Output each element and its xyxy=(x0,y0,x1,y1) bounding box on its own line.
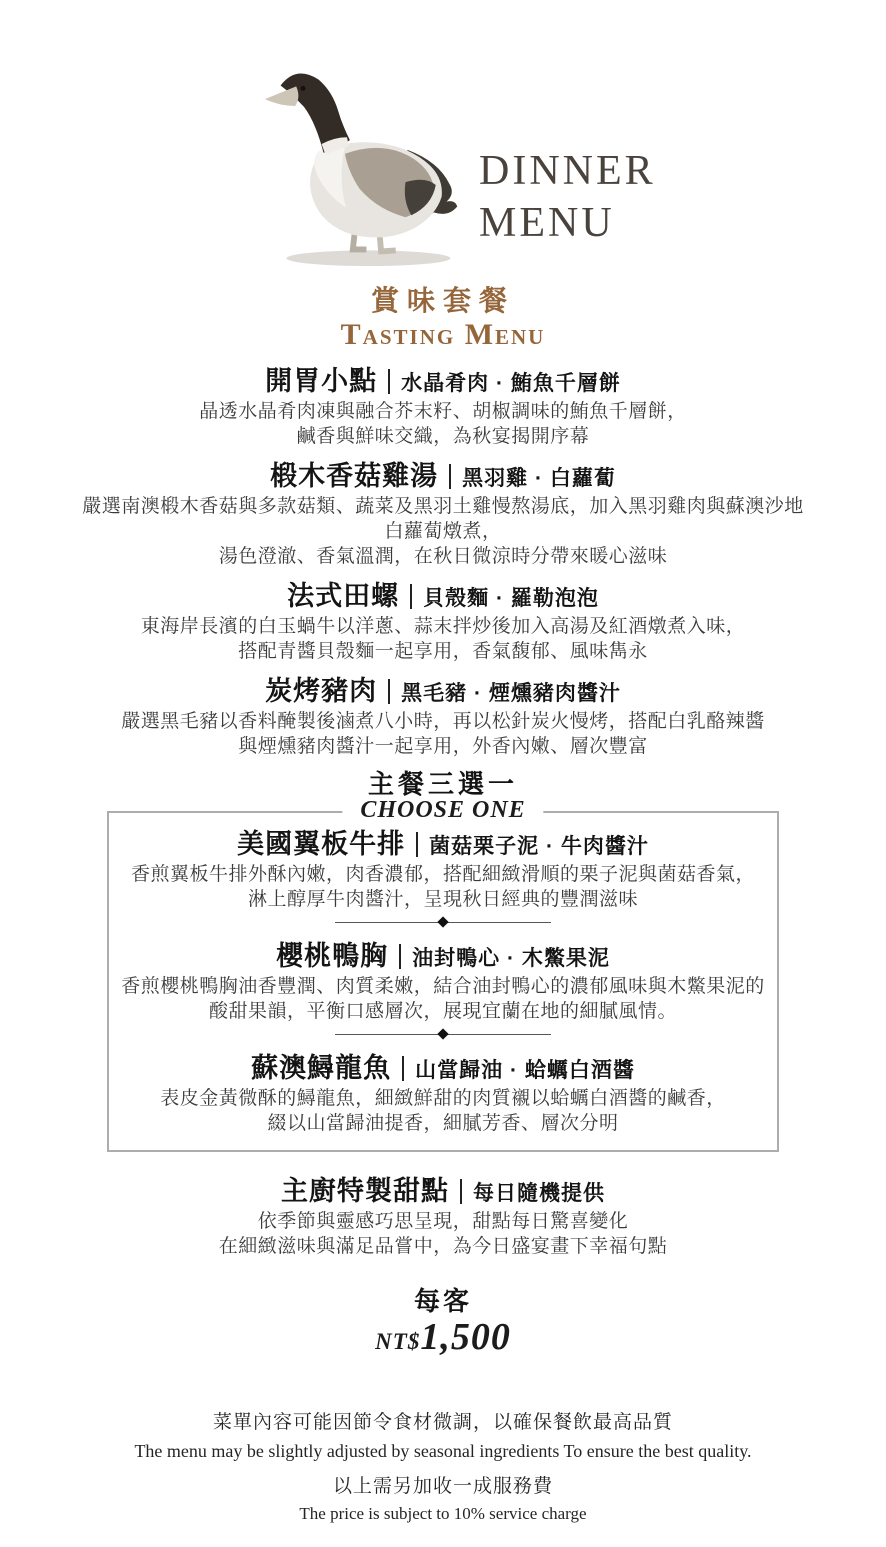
course-description-line: 東海岸長濱的白玉蝸牛以洋蔥、蒜末拌炒後加入高湯及紅酒燉煮入味， xyxy=(0,614,886,639)
divider-bar xyxy=(460,1179,462,1204)
course-section-escargot: 法式田螺貝殼麵 · 羅勒泡泡 東海岸長濱的白玉蝸牛以洋蔥、蒜末拌炒後加入高湯及紅… xyxy=(0,581,886,664)
course-name: 蘇澳鱘龍魚 xyxy=(251,1053,391,1083)
main-course-fish: 蘇澳鱘龍魚山當歸油 · 蛤蠣白酒醬 表皮金黃微酥的鱘龍魚，細緻鮮甜的肉質襯以蛤蠣… xyxy=(119,1053,767,1136)
course-title: 櫻桃鴨胸油封鴨心 · 木鱉果泥 xyxy=(119,941,767,974)
divider-bar xyxy=(402,1056,404,1081)
price-value: NT$1,500 xyxy=(0,1317,886,1365)
tasting-menu-heading-en: Tasting Menu xyxy=(0,318,886,352)
course-description-line: 香煎櫻桃鴨胸油香豐潤、肉質柔嫩，結合油封鴨心的濃郁風味與木鱉果泥的 xyxy=(119,974,767,999)
footer-notes: 菜單內容可能因節令食材微調，以確保餐飲最高品質 The menu may be … xyxy=(0,1409,886,1527)
course-name: 櫻桃鴨胸 xyxy=(276,941,388,971)
price-label: 每客 xyxy=(0,1285,886,1317)
course-pairing: 每日隨機提供 xyxy=(473,1182,605,1205)
footer-gap xyxy=(0,1465,886,1473)
course-description-line: 晶透水晶肴肉凍與融合芥末籽、胡椒調味的鮪魚千層餅， xyxy=(0,399,886,424)
dinner-menu-page: DINNER MENU 賞味套餐 Tasting Menu 開胃小點水晶肴肉 ·… xyxy=(0,0,886,1547)
choose-one-label: CHOOSE ONE xyxy=(342,797,543,824)
course-title: 椴木香菇雞湯黑羽雞 · 白蘿蔔 xyxy=(0,461,886,494)
course-pairing: 貝殼麵 · 羅勒泡泡 xyxy=(423,587,599,610)
course-divider xyxy=(335,922,551,931)
course-description-line: 白蘿蔔燉煮， xyxy=(0,519,886,544)
diamond-icon xyxy=(437,916,448,927)
course-description-line: 香煎翼板牛排外酥內嫩，肉香濃郁，搭配細緻滑順的栗子泥與菌菇香氣， xyxy=(119,862,767,887)
course-description-line: 與煙燻豬肉醬汁一起享用，外香內嫩、層次豐富 xyxy=(0,734,886,759)
course-description-line: 表皮金黃微酥的鱘龍魚，細緻鮮甜的肉質襯以蛤蠣白酒醬的鹹香， xyxy=(119,1086,767,1111)
course-pairing: 黑毛豬 · 煙燻豬肉醬汁 xyxy=(401,682,621,705)
dinner-menu-title-line2: MENU xyxy=(479,198,656,250)
course-title: 美國翼板牛排菌菇栗子泥 · 牛肉醬汁 xyxy=(119,829,767,862)
menu-content: 賞味套餐 Tasting Menu 開胃小點水晶肴肉 · 鮪魚千層餅 晶透水晶肴… xyxy=(0,286,886,1527)
duck-illustration xyxy=(263,58,468,273)
course-description-line: 淋上醇厚牛肉醬汁，呈現秋日經典的豐潤滋味 xyxy=(119,887,767,912)
course-title: 蘇澳鱘龍魚山當歸油 · 蛤蠣白酒醬 xyxy=(119,1053,767,1086)
main-course-steak: 美國翼板牛排菌菇栗子泥 · 牛肉醬汁 香煎翼板牛排外酥內嫩，肉香濃郁，搭配細緻滑… xyxy=(119,829,767,912)
main-course-duck: 櫻桃鴨胸油封鴨心 · 木鱉果泥 香煎櫻桃鴨胸油香豐潤、肉質柔嫩，結合油封鴨心的濃… xyxy=(119,941,767,1024)
course-pairing: 菌菇栗子泥 · 牛肉醬汁 xyxy=(429,835,649,858)
course-description-line: 依季節與靈感巧思呈現，甜點每日驚喜變化 xyxy=(0,1209,886,1234)
mains-title-zh: 主餐三選一 xyxy=(0,769,886,799)
course-title: 開胃小點水晶肴肉 · 鮪魚千層餅 xyxy=(0,366,886,399)
divider-bar xyxy=(388,679,390,704)
price-block: 每客 NT$1,500 xyxy=(0,1285,886,1365)
dinner-menu-title: DINNER MENU xyxy=(479,146,656,249)
course-section-soup: 椴木香菇雞湯黑羽雞 · 白蘿蔔 嚴選南澳椴木香菇與多款菇類、蔬菜及黑羽土雞慢熬湯… xyxy=(0,461,886,569)
course-name: 椴木香菇雞湯 xyxy=(270,461,438,491)
course-name: 主廚特製甜點 xyxy=(281,1176,449,1206)
course-description-line: 搭配青醬貝殼麵一起享用，香氣馥郁、風味雋永 xyxy=(0,639,886,664)
divider-bar xyxy=(449,464,451,489)
course-pairing: 黑羽雞 · 白蘿蔔 xyxy=(462,467,616,490)
course-name: 開胃小點 xyxy=(265,366,377,396)
course-description-line: 鹹香與鮮味交織，為秋宴揭開序幕 xyxy=(0,424,886,449)
course-pairing: 水晶肴肉 · 鮪魚千層餅 xyxy=(401,372,621,395)
course-description-line: 綴以山當歸油提香，細膩芳香、層次分明 xyxy=(119,1111,767,1136)
tasting-menu-heading: 賞味套餐 Tasting Menu xyxy=(0,286,886,352)
mains-chooser-box: CHOOSE ONE 美國翼板牛排菌菇栗子泥 · 牛肉醬汁 香煎翼板牛排外酥內嫩… xyxy=(107,811,779,1152)
footer-note1-en: The menu may be slightly adjusted by sea… xyxy=(0,1437,886,1465)
course-pairing: 油封鴨心 · 木鱉果泥 xyxy=(412,947,610,970)
course-section-pork: 炭烤豬肉黑毛豬 · 煙燻豬肉醬汁 嚴選黑毛豬以香料醃製後滷煮八小時，再以松針炭火… xyxy=(0,676,886,759)
course-description-line: 在細緻滋味與滿足品嘗中，為今日盛宴畫下幸福句點 xyxy=(0,1234,886,1259)
course-title: 法式田螺貝殼麵 · 羅勒泡泡 xyxy=(0,581,886,614)
course-description-line: 嚴選南澳椴木香菇與多款菇類、蔬菜及黑羽土雞慢熬湯底，加入黑羽雞肉與蘇澳沙地 xyxy=(0,494,886,519)
dessert-section: 主廚特製甜點每日隨機提供 依季節與靈感巧思呈現，甜點每日驚喜變化 在細緻滋味與滿… xyxy=(0,1176,886,1259)
diamond-icon xyxy=(437,1028,448,1039)
footer-note2-en: The price is subject to 10% service char… xyxy=(0,1501,886,1527)
course-section-appetizer: 開胃小點水晶肴肉 · 鮪魚千層餅 晶透水晶肴肉凍與融合芥末籽、胡椒調味的鮪魚千層… xyxy=(0,366,886,449)
divider-bar xyxy=(388,369,390,394)
course-name: 美國翼板牛排 xyxy=(237,829,405,859)
divider-bar xyxy=(416,832,418,857)
footer-note1-zh: 菜單內容可能因節令食材微調，以確保餐飲最高品質 xyxy=(0,1409,886,1437)
course-name: 法式田螺 xyxy=(287,581,399,611)
price-currency: NT$ xyxy=(375,1329,420,1354)
footer-note2-zh: 以上需另加收一成服務費 xyxy=(0,1473,886,1501)
course-pairing: 山當歸油 · 蛤蠣白酒醬 xyxy=(415,1059,635,1082)
price-amount: 1,500 xyxy=(420,1316,511,1358)
course-name: 炭烤豬肉 xyxy=(265,676,377,706)
dinner-menu-title-line1: DINNER xyxy=(479,146,656,198)
tasting-menu-heading-zh: 賞味套餐 xyxy=(0,286,886,316)
course-title: 主廚特製甜點每日隨機提供 xyxy=(0,1176,886,1209)
course-description-line: 嚴選黑毛豬以香料醃製後滷煮八小時，再以松針炭火慢烤，搭配白乳酪辣醬 xyxy=(0,709,886,734)
divider-bar xyxy=(410,584,412,609)
course-description-line: 酸甜果韻，平衡口感層次，展現宜蘭在地的細膩風情。 xyxy=(119,999,767,1024)
course-description-line: 湯色澄澈、香氣溫潤，在秋日微涼時分帶來暖心滋味 xyxy=(0,544,886,569)
divider-bar xyxy=(399,944,401,969)
course-title: 炭烤豬肉黑毛豬 · 煙燻豬肉醬汁 xyxy=(0,676,886,709)
course-divider xyxy=(335,1034,551,1043)
